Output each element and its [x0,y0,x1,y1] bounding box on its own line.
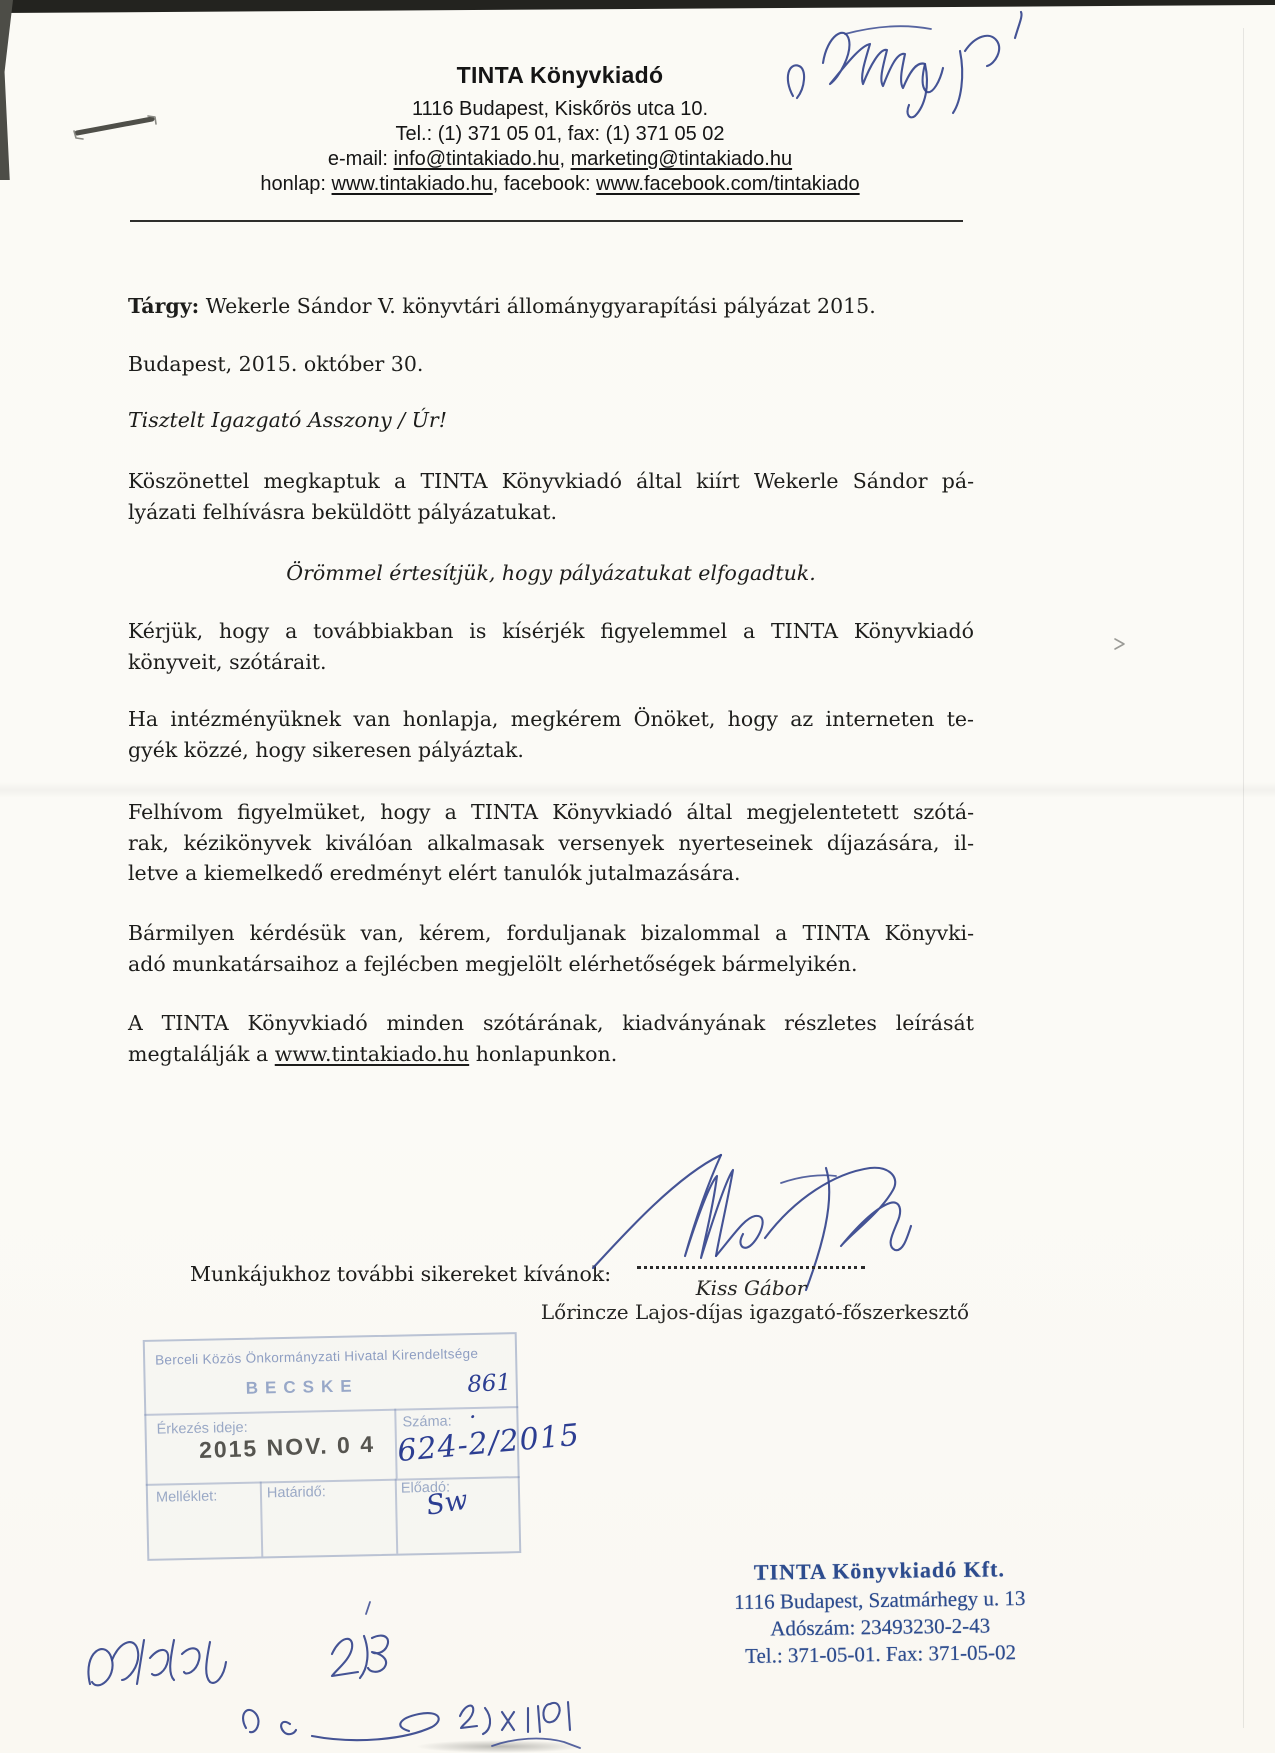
signature-dotted-line [637,1266,865,1269]
paragraph-line: A TINTA Könyvkiadó minden szótárának, ki… [128,1008,974,1039]
acceptance-line: Örömmel értesítjük, hogy pályázatukat el… [128,558,974,589]
paragraph-4: Felhívom figyelmüket, hogy a TINTA Könyv… [128,797,974,889]
closing-line: Munkájukhoz további sikereket kívánok: [190,1262,611,1286]
dateline: Budapest, 2015. október 30. [128,349,974,380]
paragraph-3: Ha intézményüknek van honlapja, megkérem… [128,704,974,765]
company-web-line: honlap: www.tintakiado.hu, facebook: www… [120,172,1000,197]
stamp-grid-line [260,1481,264,1556]
paragraph-2: Kérjük, hogy a továbbiakban is kísérjék … [128,616,974,677]
paragraph-5: Bármilyen kérdésük van, kérem, forduljan… [128,918,974,979]
paragraph-6: A TINTA Könyvkiadó minden szótárának, ki… [128,1008,974,1069]
pen-tick-mark [1112,636,1128,652]
paragraph-line: adó munkatársaihoz a fejlécben megjelölt… [128,949,974,980]
stamp-office-name: Berceli Közös Önkormányzati Hivatal Kire… [155,1345,507,1367]
salutation: Tisztelt Igazgató Asszony / Úr! [128,405,974,436]
scanned-letter-page: TINTA Könyvkiadó 1116 Budapest, Kiskőrös… [0,0,1275,1753]
paragraph-line: Kérjük, hogy a továbbiakban is kísérjék … [128,616,974,647]
scan-corner-fold [0,0,13,180]
paragraph-text: honlapunkon. [469,1042,617,1066]
subject-text: Wekerle Sándor V. könyvtári állománygyar… [199,294,876,318]
scan-crease-vertical [1243,28,1244,1728]
handwritten-registry-number: 861 . [467,1369,518,1424]
email-link-marketing: marketing@tintakiado.hu [571,148,793,170]
attachment-label: Melléklet: [156,1488,218,1505]
arrival-date-stamp: 2015 NOV. 0 4 [199,1431,376,1464]
company-email-line: e-mail: info@tintakiado.hu, marketing@ti… [120,147,1000,172]
number-label: Száma: [402,1413,451,1430]
paragraph-line: megtalálják a www.tintakiado.hu honlapun… [128,1039,974,1070]
stamp-company-name: TINTA Könyvkiadó Kft. [689,1555,1069,1586]
handwritten-scribble-bottom [62,1596,587,1753]
letterhead-divider [130,220,963,222]
stamp-place-name: BECSKE [246,1376,359,1398]
handwritten-scribble-top [775,6,1035,124]
stamp-grid-line [395,1479,399,1554]
signer-title: Lőrincze Lajos-díjas igazgató-főszerkesz… [505,1300,1005,1324]
web-label: honlap: [260,173,331,195]
subject-line: Tárgy: Wekerle Sándor V. könyvtári állom… [128,291,974,322]
paragraph-line: rak, kézikönyvek kiválóan alkalmasak ver… [128,828,974,859]
signer-name: Kiss Gábor [630,1276,872,1300]
website-link: www.tintakiado.hu [332,173,493,195]
stamp-grid-line [144,1406,518,1416]
paragraph-line: Bármilyen kérdésük van, kérem, forduljan… [128,918,974,949]
deadline-label: Határidő: [267,1484,326,1501]
paper-fold-crease [0,782,1275,798]
stamp-address: 1116 Budapest, Szatmárhegy u. 13 [690,1584,1070,1616]
paragraph-line: könyveit, szótárait. [128,647,974,678]
email-label: e-mail: [328,148,394,170]
stamp-phone: Tel.: 371-05-01. Fax: 371-05-02 [690,1638,1070,1670]
paragraph-line: Ha intézményüknek van honlapja, megkérem… [128,704,974,735]
arrival-stamp: Berceli Közös Önkormányzati Hivatal Kire… [143,1332,522,1561]
paragraph-line: Felhívom figyelmüket, hogy a TINTA Könyv… [128,797,974,828]
facebook-label: , facebook: [493,173,596,195]
handwritten-signature [585,1138,915,1298]
scan-top-edge [0,0,1275,13]
paragraph-line: letve a kiemelkedő eredményt elért tanul… [128,858,974,889]
handwritten-clerk-initials: Sw [424,1484,470,1521]
paragraph-text: megtalálják a [128,1042,275,1066]
company-phone: Tel.: (1) 371 05 01, fax: (1) 371 05 02 [120,122,1000,147]
facebook-link: www.facebook.com/tintakiado [596,173,859,195]
website-link-inline: www.tintakiado.hu [275,1042,469,1066]
paragraph-line: gyék közzé, hogy sikeresen pályáztak. [128,735,974,766]
subject-label: Tárgy: [128,294,199,318]
paragraph-line: lyázati felhívásra beküldött pályázatuka… [128,497,974,528]
paragraph-1: Köszönettel megkaptuk a TINTA Könyvkiadó… [128,466,974,527]
company-stamp: TINTA Könyvkiadó Kft. 1116 Budapest, Sza… [689,1555,1070,1670]
email-link-info: info@tintakiado.hu [393,148,559,170]
email-separator: , [559,148,570,170]
paragraph-line: Köszönettel megkaptuk a TINTA Könyvkiadó… [128,466,974,497]
